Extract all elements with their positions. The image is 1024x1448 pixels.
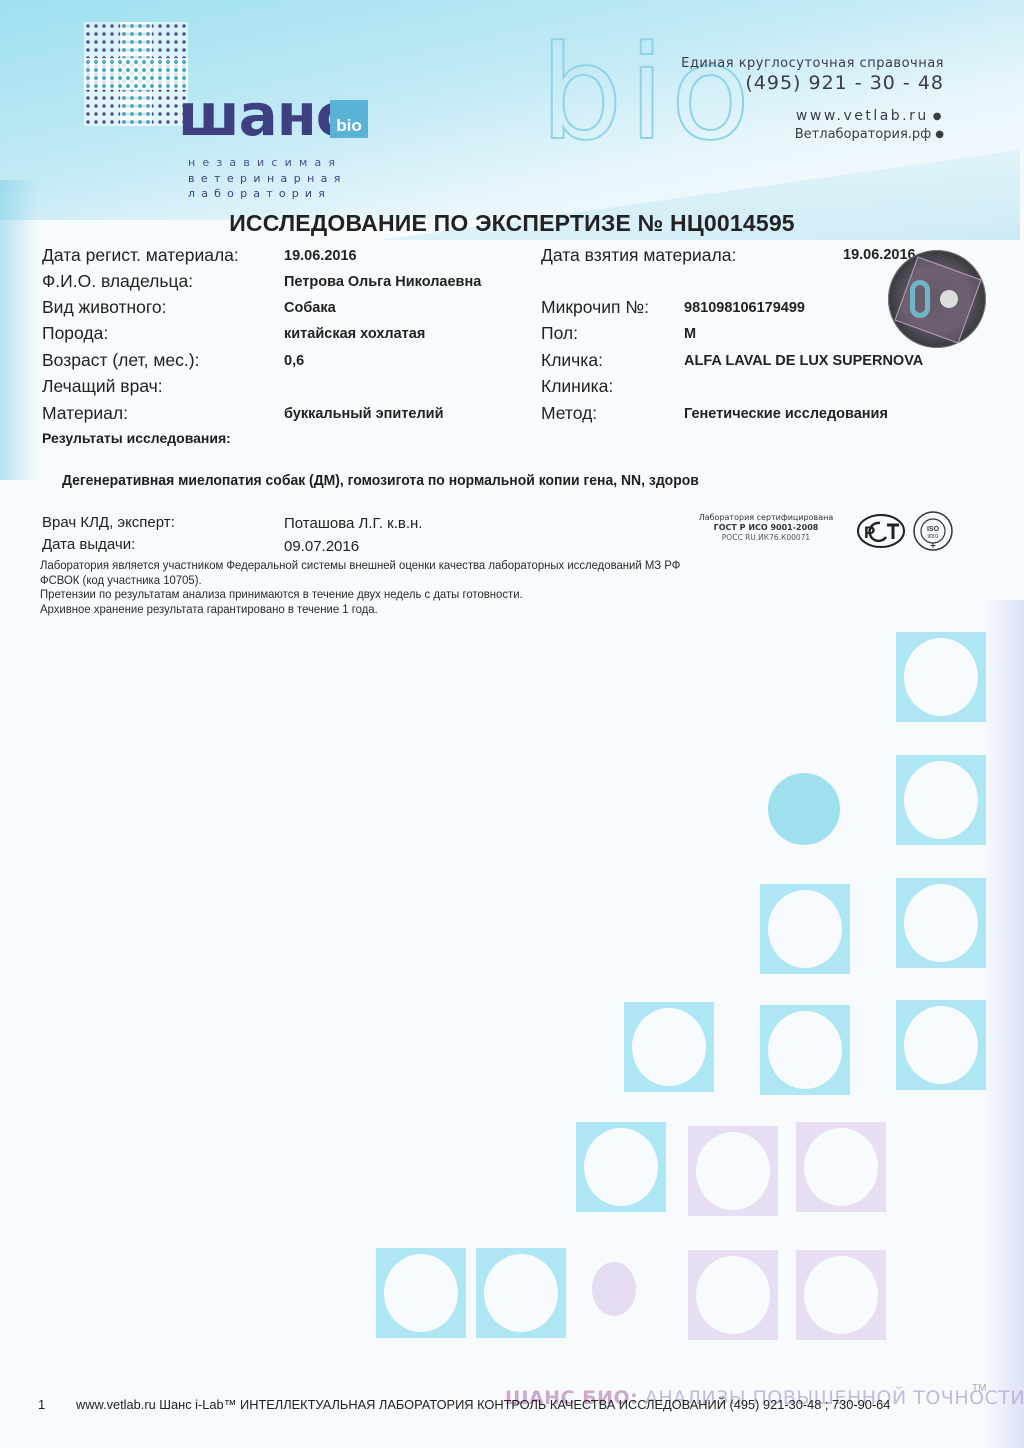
certification-block: Лаборатория сертифицирована ГОСТ Р ИСО 9…: [686, 513, 846, 542]
logo-subtitle: ветеринарная: [188, 172, 347, 185]
field-value-species: Собака: [284, 300, 336, 316]
bg-tile: [688, 1126, 778, 1216]
note-line: Претензии по результатам анализа принима…: [40, 587, 680, 602]
svg-text:ISO: ISO: [927, 526, 940, 533]
trademark-mark: TM: [972, 1383, 986, 1394]
field-label: Дата регист. материала:: [42, 245, 239, 266]
cert-line: РОСС RU.ИК76.К00071: [686, 533, 846, 542]
field-label: Возраст (лет, мес.):: [42, 350, 199, 371]
logo-bio-badge: bio: [330, 100, 368, 138]
logo-cross-icon: [84, 58, 188, 90]
field-value-owner: Петрова Ольга Николаевна: [284, 274, 481, 290]
bg-dot: [592, 1262, 636, 1316]
field-label: Ф.И.О. владельца:: [42, 271, 193, 292]
svg-text:9001: 9001: [927, 534, 938, 540]
logo-wordmark: шанс: [178, 86, 349, 144]
field-value-method: Генетические исследования: [684, 406, 888, 422]
field-value-microchip: 981098106179499: [684, 300, 805, 316]
page-number: 1: [38, 1397, 45, 1412]
bg-tile: [624, 1002, 714, 1092]
bg-tile: [688, 1250, 778, 1340]
bg-tile: [376, 1248, 466, 1338]
contact-block: Единая круглосуточная справочная (495) 9…: [681, 56, 944, 142]
field-label: Вид животного:: [42, 297, 166, 318]
field-value-material: буккальный эпителий: [284, 406, 444, 422]
note-line: Архивное хранение результата гарантирова…: [40, 602, 680, 617]
right-edge-tint: [984, 600, 1024, 1448]
field-label: Порода:: [42, 323, 108, 344]
bg-tile-bio: [760, 1005, 850, 1095]
document-title: ИССЛЕДОВАНИЕ ПО ЭКСПЕРТИЗЕ № НЦ0014595: [0, 210, 1024, 237]
iso-9001-icon: ISO 9001: [912, 510, 954, 552]
bg-tile: [760, 884, 850, 974]
field-label: Материал:: [42, 403, 128, 424]
website-link[interactable]: www.vetlab.ru: [796, 108, 929, 124]
field-value-age: 0,6: [284, 353, 304, 369]
website-rf-link[interactable]: Ветлаборатория.рф: [795, 127, 932, 142]
field-value-name: ALFA LAVAL DE LUX SUPERNOVA: [684, 353, 923, 369]
test-result: Дегенеративная миелопатия собак (ДМ), го…: [62, 472, 699, 489]
bg-tile: [896, 755, 986, 845]
hologram-seal-icon: [888, 250, 986, 348]
cert-line: ГОСТ Р ИСО 9001-2008: [686, 523, 846, 532]
rst-certification-icon: Р: [856, 513, 906, 549]
issue-date-label: Дата выдачи:: [42, 536, 135, 553]
results-label: Результаты исследования:: [42, 430, 231, 446]
bg-tile: [896, 632, 986, 722]
cert-line: Лаборатория сертифицирована: [686, 513, 846, 522]
bg-dot: [768, 773, 840, 845]
note-line: ФСВОК (код участника 10705).: [40, 573, 680, 588]
bullet-icon: ●: [935, 129, 944, 140]
field-label: Метод:: [541, 403, 597, 424]
field-value-registration-date: 19.06.2016: [284, 248, 357, 264]
field-label: Клиника:: [541, 376, 613, 397]
field-value-sex: М: [684, 326, 696, 342]
issue-date-value: 09.07.2016: [284, 538, 359, 555]
bg-tile: [896, 878, 986, 968]
bg-tile: [896, 1000, 986, 1090]
expert-value: Поташова Л.Г. к.в.н.: [284, 515, 422, 532]
expert-label: Врач КЛД, эксперт:: [42, 514, 175, 531]
bg-tile: [796, 1122, 886, 1212]
lab-logo: шанс bio независимая ветеринарная лабора…: [84, 22, 384, 182]
logo-subtitle: лаборатория: [188, 187, 331, 200]
field-label: Кличка:: [541, 350, 603, 371]
hotline-phone: (495) 921 - 30 - 48: [681, 72, 944, 94]
field-label: Дата взятия материала:: [541, 245, 736, 266]
field-label: Пол:: [541, 323, 578, 344]
bg-tile: [576, 1122, 666, 1212]
notes-block: Лаборатория является участником Федераль…: [40, 558, 680, 616]
hotline-label: Единая круглосуточная справочная: [681, 56, 944, 71]
note-line: Лаборатория является участником Федераль…: [40, 558, 680, 573]
field-label: Микрочип №:: [541, 297, 649, 318]
footer-text: www.vetlab.ru Шанс i-Lab™ ИНТЕЛЛЕКТУАЛЬН…: [76, 1397, 890, 1412]
bg-tile: [796, 1250, 886, 1340]
logo-subtitle: независимая: [188, 156, 342, 169]
bullet-icon: ●: [933, 111, 944, 122]
field-value-breed: китайская хохлатая: [284, 326, 425, 342]
bg-tile: [476, 1248, 566, 1338]
field-label: Лечащий врач:: [42, 376, 163, 397]
